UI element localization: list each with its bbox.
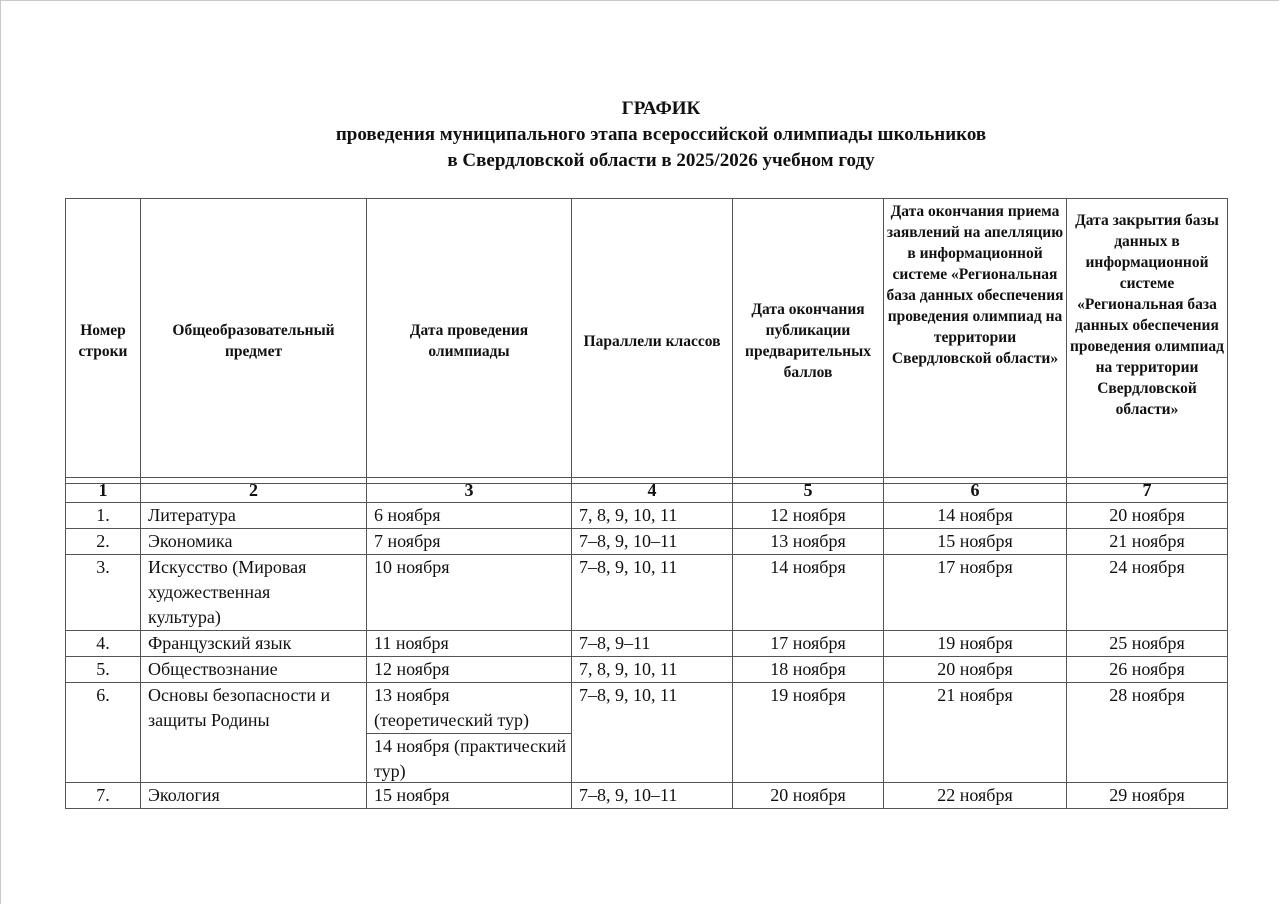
- schedule-table-body: 1 2 3 4 5 6 7 1. Литература 6 ноября 7, …: [65, 477, 1228, 809]
- olympiad-date-cell: 15 ноября: [367, 783, 572, 809]
- db-close-cell: 26 ноября: [1067, 657, 1228, 683]
- subject-cell: Обществознание: [141, 657, 367, 683]
- grade-levels-cell: 7, 8, 9, 10, 11: [572, 657, 733, 683]
- prelim-scores-end-cell: 13 ноября: [733, 529, 884, 555]
- column-number: 6: [884, 478, 1067, 503]
- subject-cell: Экономика: [141, 529, 367, 555]
- db-close-cell: 20 ноября: [1067, 503, 1228, 529]
- column-number: 3: [367, 478, 572, 503]
- row-number: 5.: [66, 657, 141, 683]
- document-title-block: ГРАФИК проведения муниципального этапа в…: [0, 96, 1280, 174]
- prelim-scores-end-cell: 19 ноября: [733, 683, 884, 783]
- olympiad-date-cell: 11 ноября: [367, 631, 572, 657]
- header-grade-levels: Параллели классов: [572, 199, 733, 484]
- db-close-cell: 28 ноября: [1067, 683, 1228, 783]
- header-appeal-end: Дата окончания приема заявлений на апелл…: [884, 199, 1067, 484]
- prelim-scores-end-cell: 17 ноября: [733, 631, 884, 657]
- table-row: 2. Экономика 7 ноября 7–8, 9, 10–11 13 н…: [66, 529, 1228, 555]
- prelim-scores-end-cell: 18 ноября: [733, 657, 884, 683]
- table-row: 1. Литература 6 ноября 7, 8, 9, 10, 11 1…: [66, 503, 1228, 529]
- prelim-scores-end-cell: 12 ноября: [733, 503, 884, 529]
- subject-cell: Литература: [141, 503, 367, 529]
- row-number: 1.: [66, 503, 141, 529]
- column-number: 2: [141, 478, 367, 503]
- header-prelim-scores-end: Дата окончания публикации предварительны…: [733, 199, 884, 484]
- table-row: 6. Основы безопасности и защиты Родины 1…: [66, 683, 1228, 783]
- olympiad-date-cell: 7 ноября: [367, 529, 572, 555]
- olympiad-date-theory: 13 ноября (теоретический тур): [367, 683, 571, 733]
- header-db-close: Дата закрытия базы данных в информационн…: [1067, 199, 1228, 484]
- olympiad-date-cell: 6 ноября: [367, 503, 572, 529]
- subject-cell: Французский язык: [141, 631, 367, 657]
- appeal-end-cell: 15 ноября: [884, 529, 1067, 555]
- document-subtitle-line-1: проведения муниципального этапа всеросси…: [0, 122, 1280, 148]
- row-number: 4.: [66, 631, 141, 657]
- row-number: 7.: [66, 783, 141, 809]
- document-subtitle-line-2: в Свердловской области в 2025/2026 учебн…: [0, 148, 1280, 174]
- grade-levels-cell: 7–8, 9–11: [572, 631, 733, 657]
- grade-levels-cell: 7–8, 9, 10–11: [572, 783, 733, 809]
- appeal-end-cell: 14 ноября: [884, 503, 1067, 529]
- appeal-end-cell: 22 ноября: [884, 783, 1067, 809]
- db-close-cell: 21 ноября: [1067, 529, 1228, 555]
- grade-levels-cell: 7–8, 9, 10–11: [572, 529, 733, 555]
- table-row: 5. Обществознание 12 ноября 7, 8, 9, 10,…: [66, 657, 1228, 683]
- subject-cell: Экология: [141, 783, 367, 809]
- appeal-end-cell: 19 ноября: [884, 631, 1067, 657]
- grade-levels-cell: 7–8, 9, 10, 11: [572, 683, 733, 783]
- db-close-cell: 29 ноября: [1067, 783, 1228, 809]
- olympiad-date-cell: 10 ноября: [367, 555, 572, 631]
- appeal-end-cell: 21 ноября: [884, 683, 1067, 783]
- prelim-scores-end-cell: 20 ноября: [733, 783, 884, 809]
- row-number: 2.: [66, 529, 141, 555]
- table-row: 7. Экология 15 ноября 7–8, 9, 10–11 20 н…: [66, 783, 1228, 809]
- subject-cell: Искусство (Мировая художественная культу…: [141, 555, 367, 631]
- prelim-scores-end-cell: 14 ноября: [733, 555, 884, 631]
- row-number: 6.: [66, 683, 141, 783]
- db-close-cell: 25 ноября: [1067, 631, 1228, 657]
- schedule-table-header: Номер строки Общеобразовательный предмет…: [65, 198, 1228, 484]
- header-olympiad-date: Дата проведения олимпиады: [367, 199, 572, 484]
- grade-levels-cell: 7–8, 9, 10, 11: [572, 555, 733, 631]
- appeal-end-cell: 17 ноября: [884, 555, 1067, 631]
- document-title: ГРАФИК: [0, 96, 1280, 122]
- column-number: 4: [572, 478, 733, 503]
- olympiad-date-practice: 14 ноября (практический тур): [367, 733, 571, 782]
- header-row-number: Номер строки: [66, 199, 141, 484]
- db-close-cell: 24 ноября: [1067, 555, 1228, 631]
- column-number-row: 1 2 3 4 5 6 7: [66, 478, 1228, 503]
- column-number: 7: [1067, 478, 1228, 503]
- table-row: 3. Искусство (Мировая художественная кул…: [66, 555, 1228, 631]
- subject-cell: Основы безопасности и защиты Родины: [141, 683, 367, 783]
- column-number: 5: [733, 478, 884, 503]
- grade-levels-cell: 7, 8, 9, 10, 11: [572, 503, 733, 529]
- table-row: 4. Французский язык 11 ноября 7–8, 9–11 …: [66, 631, 1228, 657]
- olympiad-date-cell: 13 ноября (теоретический тур) 14 ноября …: [367, 683, 572, 783]
- olympiad-date-cell: 12 ноября: [367, 657, 572, 683]
- header-subject: Общеобразовательный предмет: [141, 199, 367, 484]
- row-number: 3.: [66, 555, 141, 631]
- appeal-end-cell: 20 ноября: [884, 657, 1067, 683]
- column-number: 1: [66, 478, 141, 503]
